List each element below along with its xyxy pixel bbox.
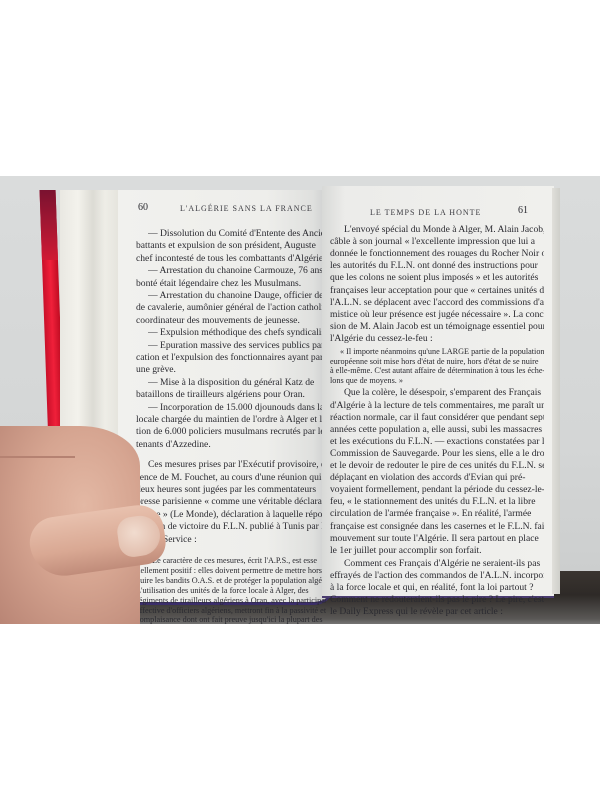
running-head-left: L'ALGÉRIE SANS LA FRANCE [180, 204, 313, 213]
body-line: de cavalerie, aumônier général de l'acti… [136, 302, 326, 314]
body-line: le 1er juillet pour accomplir son forfai… [330, 545, 544, 557]
quote-line: effective d'officiers algériens, mettron… [136, 606, 326, 616]
body-line: feu, « le stationnement des unités du F.… [330, 496, 544, 508]
body-line: voyaient formellement, pendant la périod… [330, 484, 544, 496]
quote-line: à elle-même. C'est autant affaire de dét… [330, 366, 544, 376]
body-line: Comment ne redouteraient-ils pas le pire… [330, 594, 544, 606]
body-line: une grève. [136, 364, 326, 376]
body-line: bulletin de victoire du F.L.N. publié à … [136, 521, 326, 533]
body-line: câble à son journal « l'excellente impre… [330, 236, 544, 248]
body-line: réaction normale, car il faut considérer… [330, 412, 544, 424]
quote-line: tiellement positif : elles doivent perme… [136, 566, 326, 576]
body-line: — Mise à la disposition du général Katz … [148, 377, 326, 389]
quote-line: « Il importe néanmoins qu'une LARGE part… [340, 347, 544, 357]
body-line: — Incorporation de 15.000 djounouds dans… [148, 402, 326, 414]
quote-line: lons que de moyens. » [330, 376, 544, 386]
body-line: bataillons de tirailleurs algériens pour… [136, 389, 326, 401]
body-line: bonté était légendaire chez les Musulman… [136, 278, 326, 290]
body-line: le Daily Express qui le révèle par cet a… [330, 606, 544, 618]
body-line: française est consignée dans les caserne… [330, 521, 544, 533]
body-line: l'Algérie du cessez-le-feu : [330, 333, 544, 345]
quote-line: européenne soit mise hors d'état de nuir… [330, 357, 544, 367]
body-line: deux heures sont jugées par les commenta… [136, 484, 326, 496]
body-line: coordinateur des mouvements de jeunesse. [136, 315, 326, 327]
body-line: presse parisienne « comme une véritable … [136, 496, 326, 508]
body-line: cation et l'expulsion des fonctionnaires… [136, 352, 326, 364]
page-number-left: 60 [138, 202, 148, 213]
body-line: donnée le fonctionnement des rouages du … [330, 248, 544, 260]
body-line: Commission de Sauvegarde. Pour les siens… [330, 448, 544, 460]
body-line: les autorités du F.L.N. ont donné des in… [330, 260, 544, 272]
body-line: Ces mesures prises par l'Exécutif provis… [148, 459, 326, 471]
photo-scene: 60 L'ALGÉRIE SANS LA FRANCE — Dissolutio… [0, 176, 600, 624]
body-line: circulation de l'armée française ». En r… [330, 508, 544, 520]
body-line: sion de M. Alain Jacob est un témoignage… [330, 321, 544, 333]
body-line: sence de M. Fouchet, au cours d'une réun… [136, 472, 326, 484]
body-line: années cette population a, elle aussi, s… [330, 424, 544, 436]
quote-line: complaisance dont ont fait preuve jusqu'… [136, 615, 326, 624]
quote-line: nuire les bandits O.A.S. et de protéger … [136, 576, 326, 586]
body-line: — Dissolution du Comité d'Entente des An… [148, 228, 326, 240]
body-line: que les colons ne soient plus imposés » … [330, 272, 544, 284]
body-line: mouvement sur toute l'Algérie. Il sera p… [330, 533, 544, 545]
body-line: tion de 6.000 policiers musulmans recrut… [136, 426, 326, 438]
body-line: guerre » (Le Monde), déclaration à laque… [136, 509, 326, 521]
quote-line: L'utilisation des unités de la force loc… [136, 586, 326, 596]
body-line: — Epuration massive des services publics… [148, 340, 326, 352]
body-line: à la force locale et qui, en réalité, fo… [330, 582, 544, 594]
body-line: chef incontesté de tous les combattants … [136, 253, 326, 265]
body-line: et les exécutions du F.L.N. — exactions … [330, 436, 544, 448]
quote-line: régiments de tirailleurs algériens à Ora… [136, 596, 326, 606]
body-line: — Arrestation du chanoine Dauge, officie… [148, 290, 326, 302]
body-line: — Arrestation du chanoine Carmouze, 76 a… [148, 265, 326, 277]
right-page: LE TEMPS DE LA HONTE 61 L'envoyé spécial… [322, 186, 554, 596]
body-line: l'A.L.N. se déplacent avec l'accord des … [330, 297, 544, 309]
body-line: locale chargée du maintien de l'ordre à … [136, 414, 326, 426]
finger-crease [0, 456, 75, 458]
body-line: mistice où leur présence est jugée néces… [330, 309, 544, 321]
body-line: d'Algérie à la lecture de tels commentai… [330, 400, 544, 412]
body-line: et le devoir de redouter le pire de ces … [330, 460, 544, 472]
body-line: Que la colère, le désespoir, s'emparent … [344, 387, 544, 399]
right-page-edges [552, 188, 560, 594]
page-number-right: 61 [518, 205, 528, 216]
running-head-right: LE TEMPS DE LA HONTE [370, 208, 481, 217]
body-line: françaises leur acceptation pour que « c… [330, 285, 544, 297]
body-line: effrayés de l'action des commandos de l'… [330, 570, 544, 582]
quote-line: « Le caractère de ces mesures, écrit l'A… [146, 556, 326, 566]
body-line: Comment ces Français d'Algérie ne seraie… [344, 558, 544, 570]
body-line: — Expulsion méthodique des chefs syndica… [148, 327, 326, 339]
body-line: battants et expulsion de son président, … [136, 240, 326, 252]
body-line: L'envoyé spécial du Monde à Alger, M. Al… [344, 224, 544, 236]
body-line: tenants d'Azzedine. [136, 439, 326, 451]
body-line: déplaçant en violation des accords d'Evi… [330, 472, 544, 484]
